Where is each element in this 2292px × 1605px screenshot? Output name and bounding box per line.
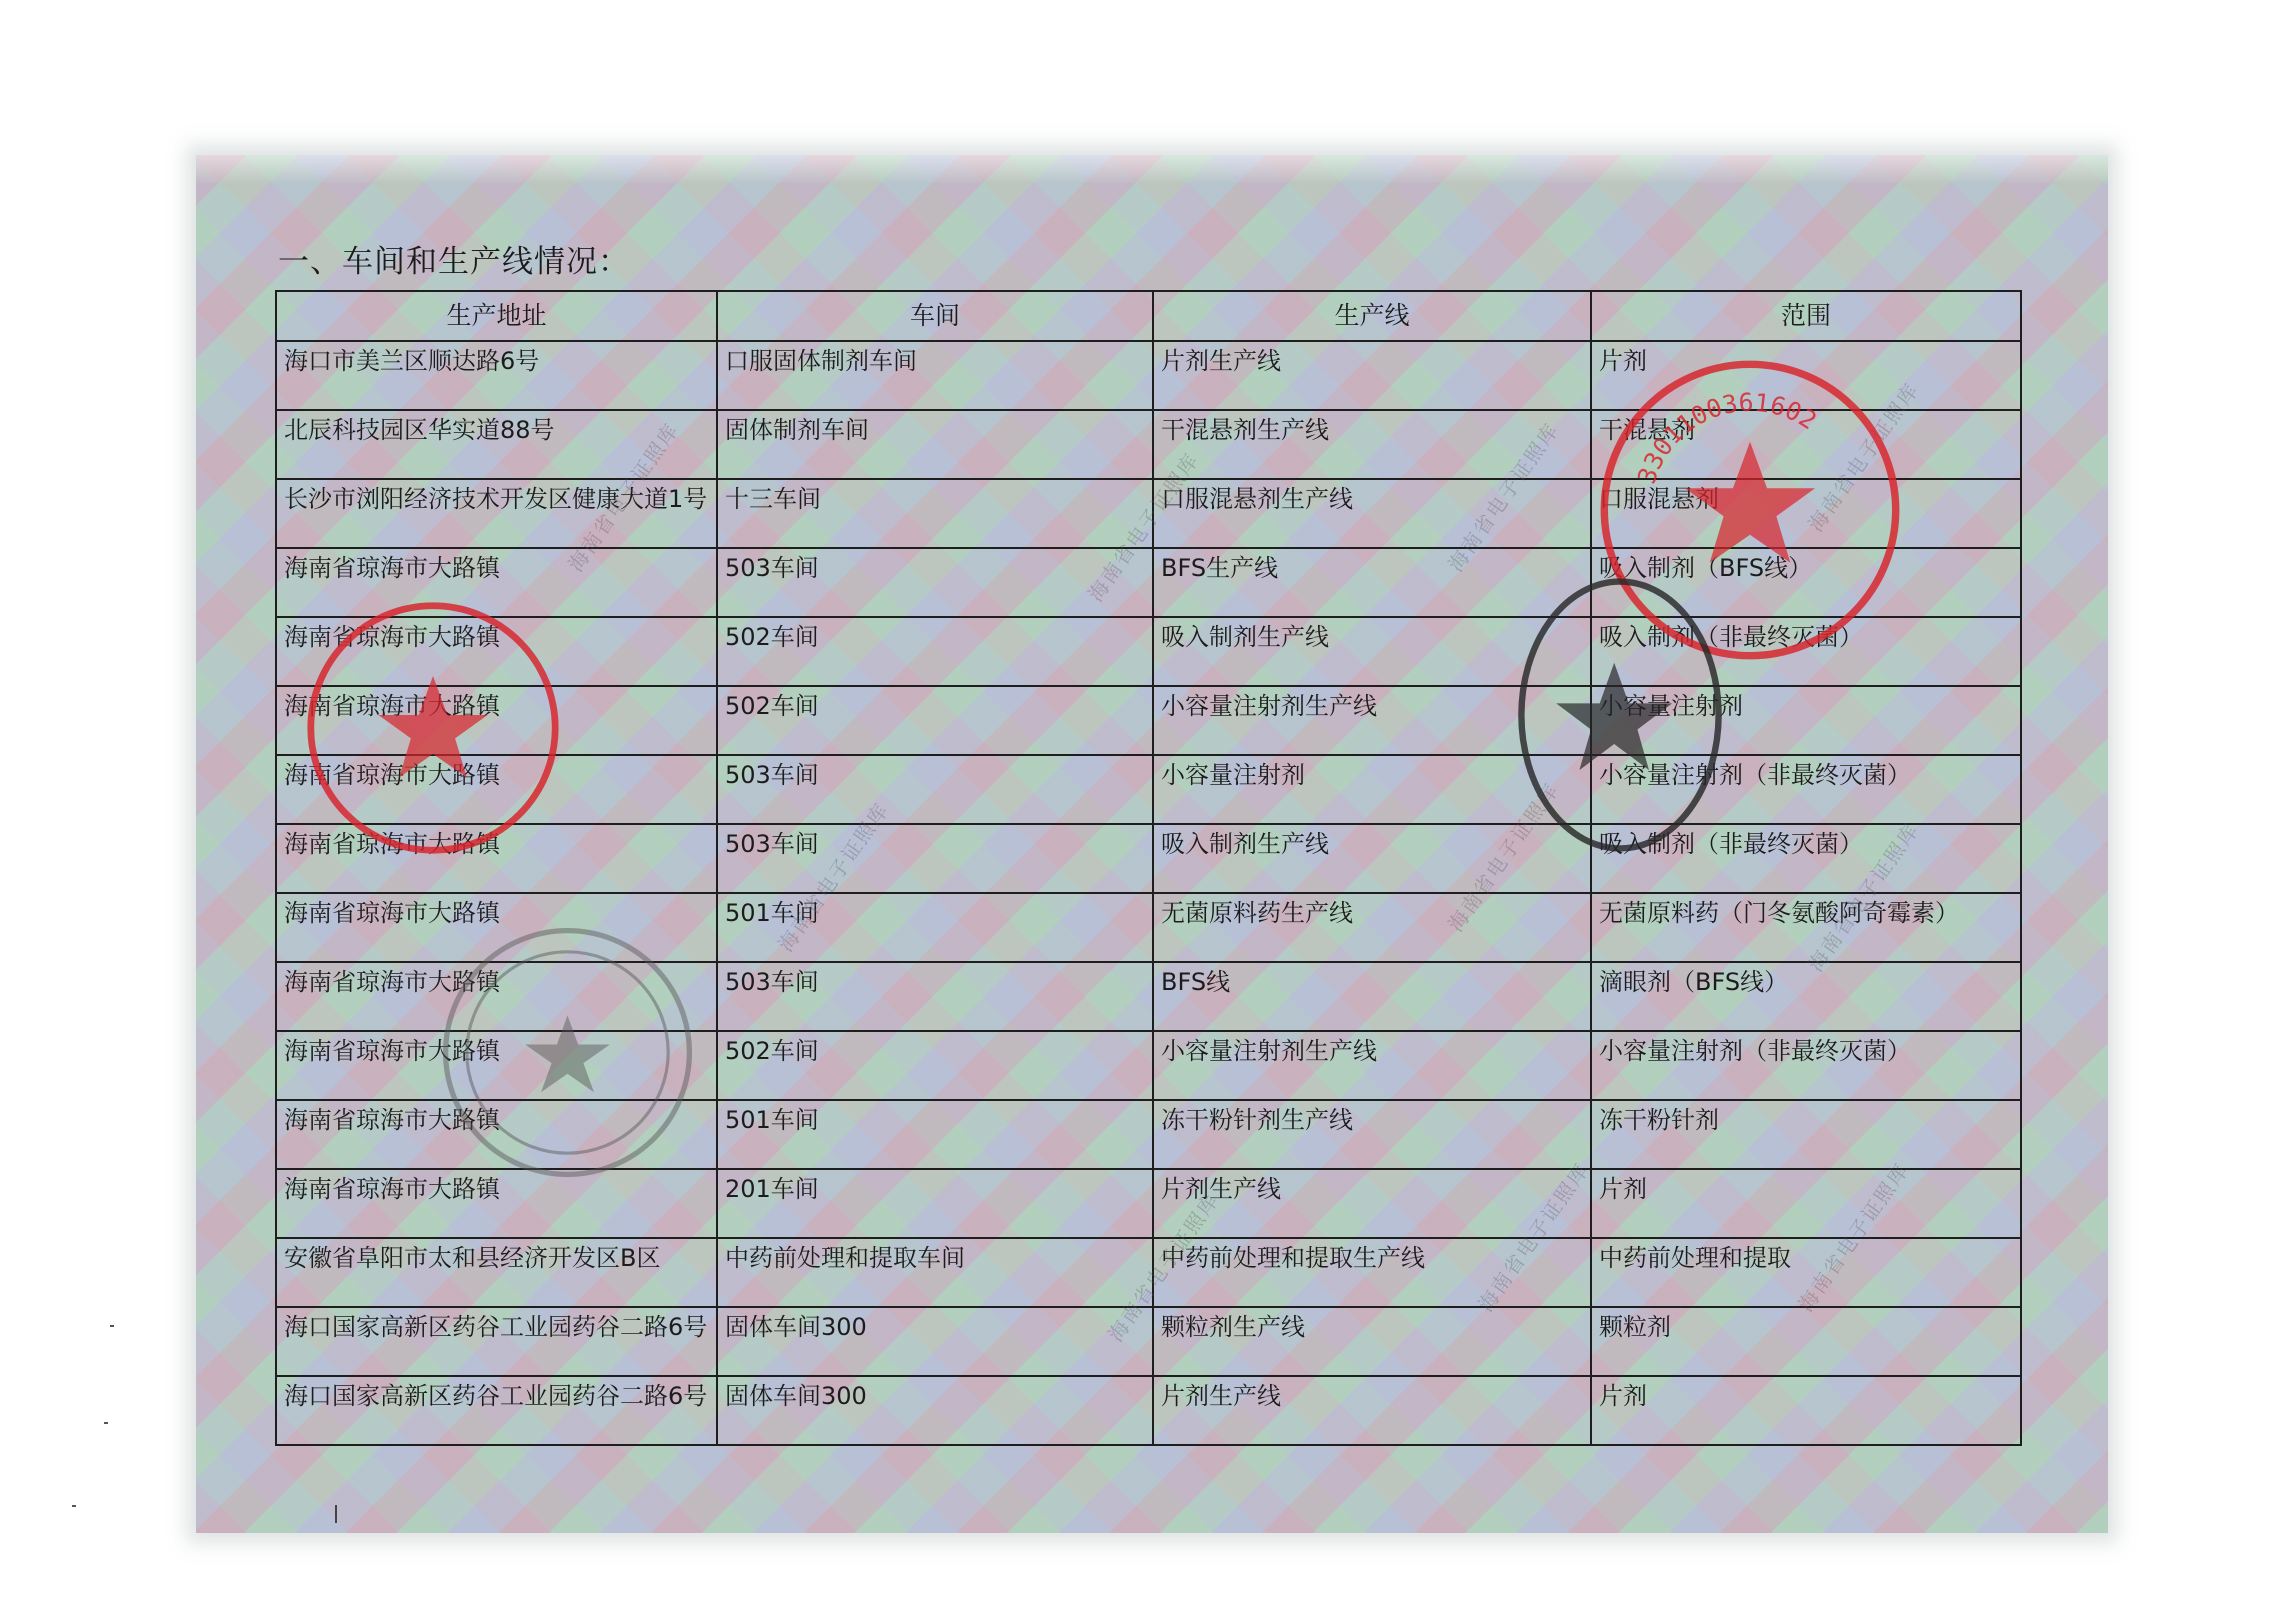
cell-scope: 吸入制剂（BFS线）	[1591, 548, 2021, 617]
workshop-production-line-table: 生产地址 车间 生产线 范围 海口市美兰区顺达路6号口服固体制剂车间片剂生产线片…	[275, 290, 2022, 1446]
cell-scope: 中药前处理和提取	[1591, 1238, 2021, 1307]
cell-scope: 无菌原料药（门冬氨酸阿奇霉素）	[1591, 893, 2021, 962]
cell-scope: 片剂	[1591, 341, 2021, 410]
table-row: 海南省琼海市大路镇501车间冻干粉针剂生产线冻干粉针剂	[276, 1100, 2021, 1169]
cell-workshop: 503车间	[717, 824, 1153, 893]
table-row: 长沙市浏阳经济技术开发区健康大道1号十三车间口服混悬剂生产线口服混悬剂	[276, 479, 2021, 548]
cell-production-line: 无菌原料药生产线	[1153, 893, 1591, 962]
header-workshop: 车间	[717, 291, 1153, 341]
cell-address: 北辰科技园区华实道88号	[276, 410, 717, 479]
cell-production-line: 颗粒剂生产线	[1153, 1307, 1591, 1376]
table-row: 海南省琼海市大路镇501车间无菌原料药生产线无菌原料药（门冬氨酸阿奇霉素）	[276, 893, 2021, 962]
table-header-row: 生产地址 车间 生产线 范围	[276, 291, 2021, 341]
cell-address: 海南省琼海市大路镇	[276, 962, 717, 1031]
cell-address: 安徽省阜阳市太和县经济开发区B区	[276, 1238, 717, 1307]
cell-production-line: 冻干粉针剂生产线	[1153, 1100, 1591, 1169]
section-title: 一、车间和生产线情况：	[278, 236, 630, 281]
cell-production-line: 吸入制剂生产线	[1153, 617, 1591, 686]
cell-address: 海南省琼海市大路镇	[276, 686, 717, 755]
cell-workshop: 中药前处理和提取车间	[717, 1238, 1153, 1307]
cell-scope: 小容量注射剂（非最终灭菌）	[1591, 1031, 2021, 1100]
table-row: 海南省琼海市大路镇502车间小容量注射剂生产线小容量注射剂	[276, 686, 2021, 755]
cell-address: 海口国家高新区药谷工业园药谷二路6号	[276, 1307, 717, 1376]
cell-workshop: 501车间	[717, 893, 1153, 962]
cell-address: 海口国家高新区药谷工业园药谷二路6号	[276, 1376, 717, 1445]
cell-scope: 小容量注射剂（非最终灭菌）	[1591, 755, 2021, 824]
table-row: 海南省琼海市大路镇503车间BFS生产线吸入制剂（BFS线）	[276, 548, 2021, 617]
cell-address: 海南省琼海市大路镇	[276, 617, 717, 686]
table-row: 海口国家高新区药谷工业园药谷二路6号固体车间300片剂生产线片剂	[276, 1376, 2021, 1445]
scan-speck	[104, 1422, 108, 1424]
cell-scope: 片剂	[1591, 1376, 2021, 1445]
cell-production-line: 口服混悬剂生产线	[1153, 479, 1591, 548]
cell-address: 海南省琼海市大路镇	[276, 824, 717, 893]
cell-production-line: 片剂生产线	[1153, 1376, 1591, 1445]
cell-production-line: 小容量注射剂生产线	[1153, 1031, 1591, 1100]
cell-production-line: 片剂生产线	[1153, 1169, 1591, 1238]
cell-scope: 滴眼剂（BFS线）	[1591, 962, 2021, 1031]
cell-scope: 片剂	[1591, 1169, 2021, 1238]
cell-workshop: 口服固体制剂车间	[717, 341, 1153, 410]
cell-workshop: 固体车间300	[717, 1376, 1153, 1445]
cell-workshop: 502车间	[717, 686, 1153, 755]
cell-production-line: 吸入制剂生产线	[1153, 824, 1591, 893]
table-row: 海南省琼海市大路镇502车间吸入制剂生产线吸入制剂（非最终灭菌）	[276, 617, 2021, 686]
table-row: 海南省琼海市大路镇201车间片剂生产线片剂	[276, 1169, 2021, 1238]
paper-top-band	[196, 155, 2108, 183]
cell-workshop: 503车间	[717, 962, 1153, 1031]
cell-scope: 小容量注射剂	[1591, 686, 2021, 755]
cell-address: 海南省琼海市大路镇	[276, 548, 717, 617]
header-production-line: 生产线	[1153, 291, 1591, 341]
cell-address: 海口市美兰区顺达路6号	[276, 341, 717, 410]
cell-scope: 干混悬剂	[1591, 410, 2021, 479]
cell-address: 海南省琼海市大路镇	[276, 1100, 717, 1169]
cell-address: 长沙市浏阳经济技术开发区健康大道1号	[276, 479, 717, 548]
cell-production-line: 中药前处理和提取生产线	[1153, 1238, 1591, 1307]
cell-workshop: 201车间	[717, 1169, 1153, 1238]
cell-workshop: 502车间	[717, 1031, 1153, 1100]
header-address: 生产地址	[276, 291, 717, 341]
cell-workshop: 501车间	[717, 1100, 1153, 1169]
cell-workshop: 503车间	[717, 548, 1153, 617]
cell-address: 海南省琼海市大路镇	[276, 893, 717, 962]
cell-workshop: 十三车间	[717, 479, 1153, 548]
scan-speck	[110, 1325, 114, 1327]
table-row: 海口国家高新区药谷工业园药谷二路6号固体车间300颗粒剂生产线颗粒剂	[276, 1307, 2021, 1376]
table-row: 海南省琼海市大路镇503车间BFS线滴眼剂（BFS线）	[276, 962, 2021, 1031]
cell-production-line: 片剂生产线	[1153, 341, 1591, 410]
cell-scope: 颗粒剂	[1591, 1307, 2021, 1376]
cell-scope: 吸入制剂（非最终灭菌）	[1591, 617, 2021, 686]
cell-production-line: 干混悬剂生产线	[1153, 410, 1591, 479]
cell-production-line: 小容量注射剂生产线	[1153, 686, 1591, 755]
table-row: 海南省琼海市大路镇502车间小容量注射剂生产线小容量注射剂（非最终灭菌）	[276, 1031, 2021, 1100]
cell-production-line: BFS线	[1153, 962, 1591, 1031]
cell-production-line: 小容量注射剂	[1153, 755, 1591, 824]
cell-workshop: 固体制剂车间	[717, 410, 1153, 479]
cell-scope: 冻干粉针剂	[1591, 1100, 2021, 1169]
table-body: 海口市美兰区顺达路6号口服固体制剂车间片剂生产线片剂北辰科技园区华实道88号固体…	[276, 341, 2021, 1445]
table-row: 海口市美兰区顺达路6号口服固体制剂车间片剂生产线片剂	[276, 341, 2021, 410]
cell-workshop: 502车间	[717, 617, 1153, 686]
scan-speck	[72, 1505, 76, 1507]
table-row: 安徽省阜阳市太和县经济开发区B区中药前处理和提取车间中药前处理和提取生产线中药前…	[276, 1238, 2021, 1307]
cell-address: 海南省琼海市大路镇	[276, 755, 717, 824]
table-row: 海南省琼海市大路镇503车间吸入制剂生产线吸入制剂（非最终灭菌）	[276, 824, 2021, 893]
cell-workshop: 503车间	[717, 755, 1153, 824]
cell-address: 海南省琼海市大路镇	[276, 1169, 717, 1238]
scan-mark	[335, 1505, 337, 1523]
header-scope: 范围	[1591, 291, 2021, 341]
cell-production-line: BFS生产线	[1153, 548, 1591, 617]
cell-scope: 吸入制剂（非最终灭菌）	[1591, 824, 2021, 893]
cell-workshop: 固体车间300	[717, 1307, 1153, 1376]
table-row: 北辰科技园区华实道88号固体制剂车间干混悬剂生产线干混悬剂	[276, 410, 2021, 479]
cell-scope: 口服混悬剂	[1591, 479, 2021, 548]
table-row: 海南省琼海市大路镇503车间小容量注射剂小容量注射剂（非最终灭菌）	[276, 755, 2021, 824]
cell-address: 海南省琼海市大路镇	[276, 1031, 717, 1100]
